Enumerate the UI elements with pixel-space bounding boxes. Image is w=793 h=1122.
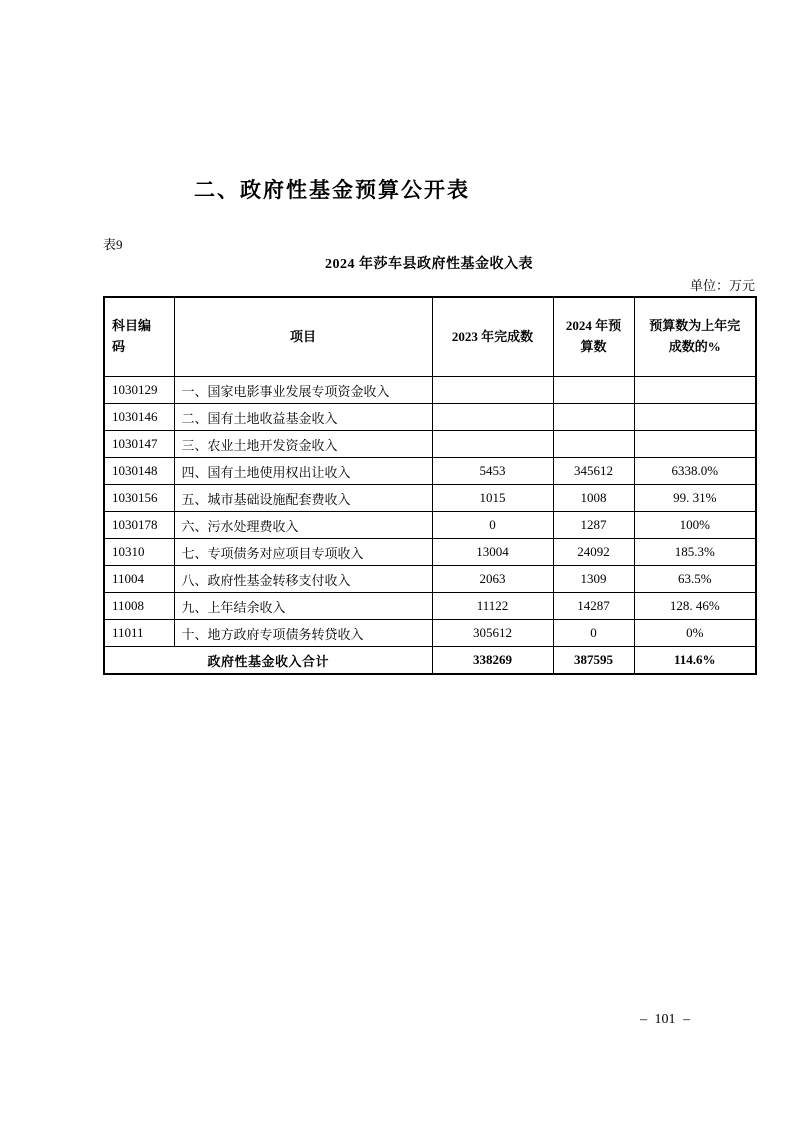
item-cell: 三、农业土地开发资金收入 bbox=[174, 431, 432, 458]
header-item: 项目 bbox=[174, 297, 432, 377]
code-cell: 10310 bbox=[104, 539, 174, 566]
item-cell: 十、地方政府专项债务转贷收入 bbox=[174, 620, 432, 647]
percent-cell bbox=[634, 404, 756, 431]
code-cell: 1030156 bbox=[104, 485, 174, 512]
value-2023-cell: 1015 bbox=[432, 485, 553, 512]
code-cell: 11004 bbox=[104, 566, 174, 593]
table-row: 1030156 五、城市基础设施配套费收入 1015 1008 99. 31% bbox=[104, 485, 756, 512]
item-cell: 一、国家电影事业发展专项资金收入 bbox=[174, 377, 432, 404]
header-code: 科目编 码 bbox=[104, 297, 174, 377]
percent-cell bbox=[634, 431, 756, 458]
table-row: 11011 十、地方政府专项债务转贷收入 305612 0 0% bbox=[104, 620, 756, 647]
table-row: 1030129 一、国家电影事业发展专项资金收入 bbox=[104, 377, 756, 404]
percent-cell: 185.3% bbox=[634, 539, 756, 566]
item-cell: 四、国有土地使用权出让收入 bbox=[174, 458, 432, 485]
budget-income-table: 科目编 码 项目 2023 年完成数 2024 年预 算数 预算数为上年完 成数… bbox=[103, 296, 757, 675]
table-number-label: 表9 bbox=[103, 234, 123, 253]
value-2024-cell: 345612 bbox=[553, 458, 634, 485]
value-2024-cell bbox=[553, 431, 634, 458]
item-cell: 六、污水处理费收入 bbox=[174, 512, 432, 539]
page-number: – 101 – bbox=[600, 1012, 730, 1028]
item-cell: 七、专项债务对应项目专项收入 bbox=[174, 539, 432, 566]
percent-cell bbox=[634, 377, 756, 404]
code-cell: 11011 bbox=[104, 620, 174, 647]
value-2023-cell: 11122 bbox=[432, 593, 553, 620]
value-2024-cell: 14287 bbox=[553, 593, 634, 620]
value-2024-cell: 24092 bbox=[553, 539, 634, 566]
table-row: 11008 九、上年结余收入 11122 14287 128. 46% bbox=[104, 593, 756, 620]
value-2023-cell: 305612 bbox=[432, 620, 553, 647]
total-2023-cell: 338269 bbox=[432, 647, 553, 675]
value-2024-cell bbox=[553, 404, 634, 431]
value-2023-cell: 13004 bbox=[432, 539, 553, 566]
header-pct: 预算数为上年完 成数的% bbox=[634, 297, 756, 377]
table-row: 1030146 二、国有土地收益基金收入 bbox=[104, 404, 756, 431]
percent-cell: 99. 31% bbox=[634, 485, 756, 512]
code-cell: 11008 bbox=[104, 593, 174, 620]
percent-cell: 100% bbox=[634, 512, 756, 539]
value-2024-cell: 1309 bbox=[553, 566, 634, 593]
value-2023-cell bbox=[432, 404, 553, 431]
code-cell: 1030178 bbox=[104, 512, 174, 539]
item-cell: 五、城市基础设施配套费收入 bbox=[174, 485, 432, 512]
table-row: 11004 八、政府性基金转移支付收入 2063 1309 63.5% bbox=[104, 566, 756, 593]
percent-cell: 128. 46% bbox=[634, 593, 756, 620]
value-2023-cell: 2063 bbox=[432, 566, 553, 593]
total-2024-cell: 387595 bbox=[553, 647, 634, 675]
header-2024: 2024 年预 算数 bbox=[553, 297, 634, 377]
code-cell: 1030147 bbox=[104, 431, 174, 458]
table-row: 1030178 六、污水处理费收入 0 1287 100% bbox=[104, 512, 756, 539]
code-cell: 1030129 bbox=[104, 377, 174, 404]
table-row: 1030147 三、农业土地开发资金收入 bbox=[104, 431, 756, 458]
code-cell: 1030148 bbox=[104, 458, 174, 485]
total-percent-cell: 114.6% bbox=[634, 647, 756, 675]
total-row: 政府性基金收入合计 338269 387595 114.6% bbox=[104, 647, 756, 675]
header-2023: 2023 年完成数 bbox=[432, 297, 553, 377]
table-row: 1030148 四、国有土地使用权出让收入 5453 345612 6338.0… bbox=[104, 458, 756, 485]
percent-cell: 6338.0% bbox=[634, 458, 756, 485]
code-cell: 1030146 bbox=[104, 404, 174, 431]
value-2024-cell: 0 bbox=[553, 620, 634, 647]
value-2024-cell: 1008 bbox=[553, 485, 634, 512]
table-row: 10310 七、专项债务对应项目专项收入 13004 24092 185.3% bbox=[104, 539, 756, 566]
value-2023-cell bbox=[432, 377, 553, 404]
table-title: 2024 年莎车县政府性基金收入表 bbox=[103, 253, 755, 273]
value-2024-cell: 1287 bbox=[553, 512, 634, 539]
item-cell: 八、政府性基金转移支付收入 bbox=[174, 566, 432, 593]
value-2023-cell: 5453 bbox=[432, 458, 553, 485]
total-label-cell: 政府性基金收入合计 bbox=[104, 647, 432, 675]
unit-label: 单位：万元 bbox=[103, 275, 755, 294]
value-2023-cell bbox=[432, 431, 553, 458]
header-row: 科目编 码 项目 2023 年完成数 2024 年预 算数 预算数为上年完 成数… bbox=[104, 297, 756, 377]
percent-cell: 0% bbox=[634, 620, 756, 647]
item-cell: 九、上年结余收入 bbox=[174, 593, 432, 620]
value-2024-cell bbox=[553, 377, 634, 404]
percent-cell: 63.5% bbox=[634, 566, 756, 593]
section-heading: 二、政府性基金预算公开表 bbox=[194, 174, 470, 204]
item-cell: 二、国有土地收益基金收入 bbox=[174, 404, 432, 431]
value-2023-cell: 0 bbox=[432, 512, 553, 539]
